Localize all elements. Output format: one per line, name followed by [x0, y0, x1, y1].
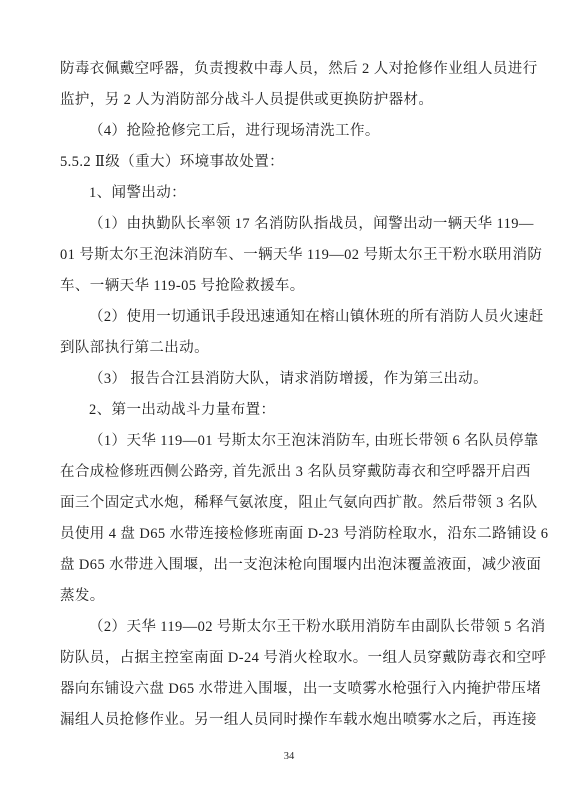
text-line: （4）抢险抢修完工后，进行现场清洗工作。 — [60, 116, 517, 147]
text-line: 在合成检修班西侧公路旁, 首先派出 3 名队员穿戴防毒衣和空呼器开启西 — [60, 457, 517, 488]
page-number: 34 — [0, 750, 578, 764]
text-line: 员使用 4 盘 D65 水带连接检修班南面 D-23 号消防栓取水，沿东二路铺设… — [60, 519, 517, 550]
text-line: 漏组人员抢修作业。另一组人员同时操作车载水炮出喷雾水之后，再连接 — [60, 705, 517, 736]
text-line: 蒸发。 — [60, 581, 517, 612]
text-line: （2）天华 119—02 号斯太尔王干粉水联用消防车由副队长带领 5 名消 — [60, 612, 517, 643]
text-line: （3） 报告合江县消防大队，请求消防增援，作为第三出动。 — [60, 364, 517, 395]
text-line: 防队员，占据主控室南面 D-24 号消火栓取水。一组人员穿戴防毒衣和空呼 — [60, 643, 517, 674]
document-page: 防毒衣佩戴空呼器，负责搜救中毒人员，然后 2 人对抢修作业组人员进行 监护，另 … — [0, 0, 578, 807]
text-line: （1）由执勤队长率领 17 名消防队指战员，闻警出动一辆天华 119— — [60, 209, 517, 240]
text-line: 车、一辆天华 119-05 号抢险救援车。 — [60, 271, 517, 302]
text-line: 盘 D65 水带进入围堰，出一支泡沫枪向围堰内出泡沫覆盖液面，减少液面 — [60, 550, 517, 581]
section-heading: 5.5.2 Ⅱ级（重大）环境事故处置： — [60, 147, 517, 178]
text-line: 器向东铺设六盘 D65 水带进入围堰，出一支喷雾水枪强行入内掩护带压堵 — [60, 674, 517, 705]
text-line: （1）天华 119—01 号斯太尔王泡沫消防车, 由班长带领 6 名队员停靠 — [60, 426, 517, 457]
text-line: 监护，另 2 人为消防部分战斗人员提供或更换防护器材。 — [60, 85, 517, 116]
text-line: 防毒衣佩戴空呼器，负责搜救中毒人员，然后 2 人对抢修作业组人员进行 — [60, 54, 517, 85]
list-heading: 2、第一出动战斗力量布置： — [60, 395, 517, 426]
text-line: 01 号斯太尔王泡沫消防车、一辆天华 119—02 号斯太尔王干粉水联用消防 — [60, 240, 517, 271]
text-line: （2）使用一切通讯手段迅速通知在榕山镇休班的所有消防人员火速赶 — [60, 302, 517, 333]
text-line: 面三个固定式水炮，稀释气氨浓度，阻止气氨向西扩散。然后带领 3 名队 — [60, 488, 517, 519]
text-line: 到队部执行第二出动。 — [60, 333, 517, 364]
list-heading: 1、闻警出动： — [60, 178, 517, 209]
text-area: 防毒衣佩戴空呼器，负责搜救中毒人员，然后 2 人对抢修作业组人员进行 监护，另 … — [60, 54, 517, 736]
